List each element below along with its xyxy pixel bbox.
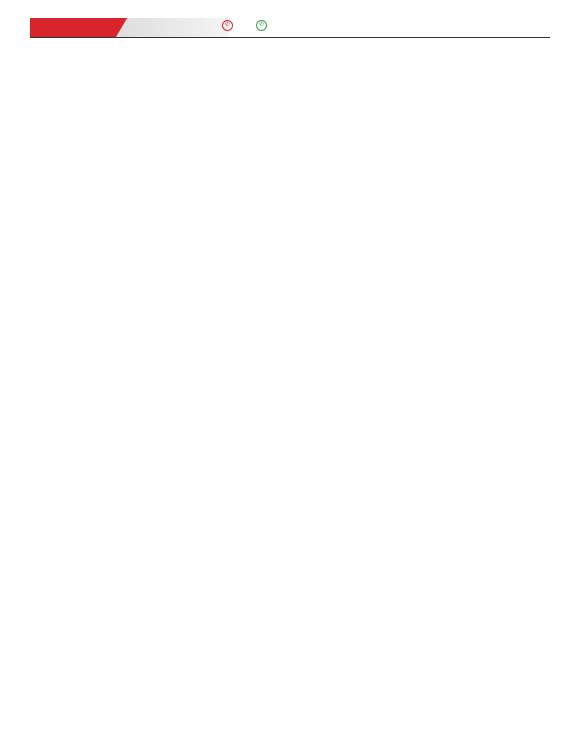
page-header: ✆ ✆ <box>30 18 550 38</box>
contact-whatsapp: ✆ <box>256 20 269 31</box>
phone-icon: ✆ <box>222 20 233 31</box>
section-tab <box>30 18 128 37</box>
contact-phone: ✆ <box>222 20 235 31</box>
brand-tab <box>116 18 228 37</box>
newspaper-page: ✆ ✆ <box>30 18 550 712</box>
whatsapp-icon: ✆ <box>256 20 267 31</box>
